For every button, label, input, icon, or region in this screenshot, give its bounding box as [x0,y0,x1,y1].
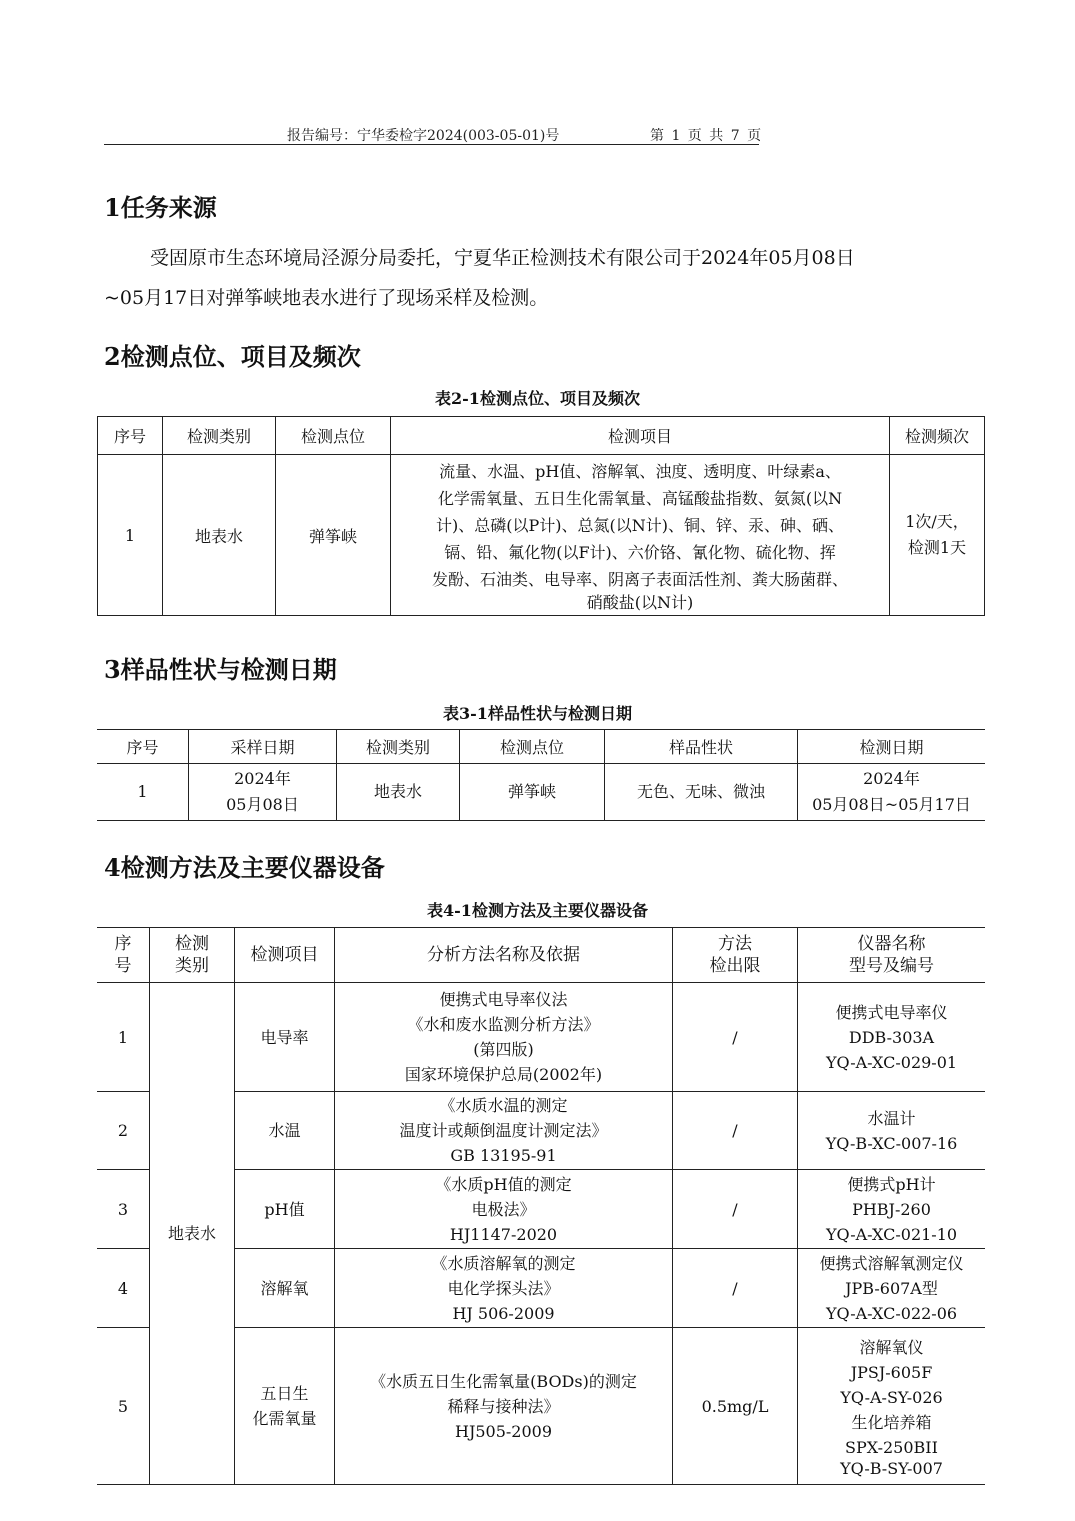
method-line: GB 13195-91 [337,1143,670,1168]
cell-limit: / [673,1249,798,1328]
method-line: 《水质溶解氧的测定 [337,1251,670,1276]
header-no: 序 号 [97,928,150,983]
instrument-line: SPX-250BII [800,1435,983,1460]
cell-no: 1 [97,764,189,821]
cell-point: 弹筝峡 [276,455,391,616]
table-header-row: 序 号 检测 类别 检测项目 分析方法名称及依据 方法 检出限 仪器名称 型号及… [97,928,985,983]
instrument-line: YQ-A-SY-026 [800,1385,983,1410]
page-info: 第 1 页 共 7 页 [650,125,761,145]
table-row: 1 2024年 05月08日 地表水 弹筝峡 无色、无味、微浊 2024年 05… [97,764,985,821]
test-date-line: 05月08日~05月17日 [800,792,983,818]
header-line: 检出限 [675,955,795,977]
items-line: 发酚、石油类、电导率、阴离子表面活性剂、粪大肠菌群、 [395,566,885,593]
method-line: 电极法》 [337,1197,670,1222]
header-instrument: 仪器名称 型号及编号 [798,928,986,983]
cell-instrument: 水温计 YQ-B-XC-007-16 [798,1092,986,1170]
cell-category: 地表水 [163,455,276,616]
instrument-line: 便携式溶解氧测定仪 [800,1251,983,1276]
cell-method: 《水质pH值的测定 电极法》 HJ1147-2020 [335,1170,673,1249]
method-line: 温度计或颠倒温度计测定法》 [337,1118,670,1143]
paragraph-line-2: ~05月17日对弹筝峡地表水进行了现场采样及检测。 [104,278,960,318]
method-line: HJ1147-2020 [337,1222,670,1247]
items-line: 化学需氧量、五日生化需氧量、高锰酸盐指数、氨氮(以N [395,485,885,512]
frequency-line: 检测1天 [892,535,982,561]
table-3-1-caption: 表3-1样品性状与检测日期 [0,701,1075,724]
header-category: 检测类别 [337,730,460,764]
cell-no: 1 [98,455,163,616]
section-3-title: 3样品性状与检测日期 [104,650,337,685]
method-line: 《水质pH值的测定 [337,1172,670,1197]
cell-no: 5 [97,1328,150,1485]
cell-item: pH值 [235,1170,335,1249]
report-number: 报告编号：宁华委检字2024(003-05-01)号 [287,125,559,145]
table-2-1-caption: 表2-1检测点位、项目及频次 [0,386,1075,409]
cell-no: 2 [97,1092,150,1170]
cell-method: 《水质水温的测定 温度计或颠倒温度计测定法》 GB 13195-91 [335,1092,673,1170]
instrument-line: 生化培养箱 [800,1410,983,1435]
cell-appearance: 无色、无味、微浊 [605,764,798,821]
header-line: 仪器名称 [800,933,983,955]
frequency-line: 1次/天， [892,509,982,535]
instrument-line: DDB-303A [800,1025,983,1050]
instrument-line: JPB-607A型 [800,1276,983,1301]
cell-frequency: 1次/天， 检测1天 [890,455,985,616]
cell-no: 1 [97,983,150,1092]
cell-no: 3 [97,1170,150,1249]
method-line: 稀释与接种法》 [337,1394,670,1419]
instrument-line: PHBJ-260 [800,1197,983,1222]
header-line: 类别 [152,955,232,977]
table-4-1-caption: 表4-1检测方法及主要仪器设备 [0,898,1075,921]
cell-item: 五日生 化需氧量 [235,1328,335,1485]
cell-instrument: 便携式溶解氧测定仪 JPB-607A型 YQ-A-XC-022-06 [798,1249,986,1328]
cell-item: 电导率 [235,983,335,1092]
header-category: 检测类别 [163,417,276,455]
header-appearance: 样品性状 [605,730,798,764]
section-1-title: 1任务来源 [104,188,217,223]
header-line: 号 [99,955,147,977]
cell-items: 流量、水温、pH值、溶解氧、浊度、透明度、叶绿素a、 化学需氧量、五日生化需氧量… [391,455,890,616]
header-category: 检测 类别 [150,928,235,983]
header-point: 检测点位 [460,730,605,764]
header-frequency: 检测频次 [890,417,985,455]
items-line: 计)、总磷(以P计)、总氮(以N计)、铜、锌、汞、砷、硒、 [395,512,885,539]
instrument-line: 便携式pH计 [800,1172,983,1197]
cell-sample-date: 2024年 05月08日 [189,764,337,821]
instrument-line: YQ-A-XC-021-10 [800,1222,983,1247]
method-line: 电化学探头法》 [337,1276,670,1301]
header-item: 检测项目 [235,928,335,983]
items-line: 硝酸盐(以N计) [395,593,885,613]
header-point: 检测点位 [276,417,391,455]
cell-method: 《水质溶解氧的测定 电化学探头法》 HJ 506-2009 [335,1249,673,1328]
cell-category: 地表水 [337,764,460,821]
header-no: 序号 [98,417,163,455]
instrument-line: 水温计 [800,1106,983,1131]
instrument-line: YQ-B-SY-007 [800,1460,983,1478]
header-line: 方法 [675,933,795,955]
method-line: 便携式电导率仪法 [337,987,670,1012]
cell-test-date: 2024年 05月08日~05月17日 [798,764,986,821]
test-date-line: 2024年 [800,766,983,792]
method-line: 《水和废水监测分析方法》 [337,1012,670,1037]
header-sample-date: 采样日期 [189,730,337,764]
cell-item: 水温 [235,1092,335,1170]
cell-limit: / [673,1170,798,1249]
cell-limit: / [673,983,798,1092]
header-test-date: 检测日期 [798,730,986,764]
table-row: 1 地表水 电导率 便携式电导率仪法 《水和废水监测分析方法》 (第四版) 国家… [97,983,985,1092]
item-line: 五日生 [237,1381,332,1406]
header-method: 分析方法名称及依据 [335,928,673,983]
sample-date-line: 2024年 [191,766,334,792]
header-no: 序号 [97,730,189,764]
header-line: 序 [99,933,147,955]
instrument-line: YQ-A-XC-029-01 [800,1050,983,1075]
table-header-row: 序号 检测类别 检测点位 检测项目 检测频次 [98,417,985,455]
cell-limit: / [673,1092,798,1170]
sample-date-line: 05月08日 [191,792,334,818]
instrument-line: JPSJ-605F [800,1360,983,1385]
method-line: HJ 506-2009 [337,1301,670,1326]
instrument-line: 溶解氧仪 [800,1335,983,1360]
cell-point: 弹筝峡 [460,764,605,821]
cell-no: 4 [97,1249,150,1328]
table-header-row: 序号 采样日期 检测类别 检测点位 样品性状 检测日期 [97,730,985,764]
header-limit: 方法 检出限 [673,928,798,983]
table-row: 1 地表水 弹筝峡 流量、水温、pH值、溶解氧、浊度、透明度、叶绿素a、 化学需… [98,455,985,616]
section-1-paragraph: 受固原市生态环境局泾源分局委托，宁夏华正检测技术有限公司于2024年05月08日… [104,238,960,318]
method-line: 《水质五日生化需氧量(BODs)的测定 [337,1369,670,1394]
cell-instrument: 便携式pH计 PHBJ-260 YQ-A-XC-021-10 [798,1170,986,1249]
cell-method: 《水质五日生化需氧量(BODs)的测定 稀释与接种法》 HJ505-2009 [335,1328,673,1485]
instrument-line: 便携式电导率仪 [800,1000,983,1025]
table-3-1: 序号 采样日期 检测类别 检测点位 样品性状 检测日期 1 2024年 05月0… [97,729,985,821]
items-line: 流量、水温、pH值、溶解氧、浊度、透明度、叶绿素a、 [395,458,885,485]
cell-instrument: 便携式电导率仪 DDB-303A YQ-A-XC-029-01 [798,983,986,1092]
instrument-line: YQ-B-XC-007-16 [800,1131,983,1156]
cell-category: 地表水 [150,983,235,1485]
table-2-1: 序号 检测类别 检测点位 检测项目 检测频次 1 地表水 弹筝峡 流量、水温、p… [97,416,985,616]
cell-instrument: 溶解氧仪 JPSJ-605F YQ-A-SY-026 生化培养箱 SPX-250… [798,1328,986,1485]
items-line: 镉、铅、氟化物(以F计)、六价铬、氰化物、硫化物、挥 [395,539,885,566]
table-4-1: 序 号 检测 类别 检测项目 分析方法名称及依据 方法 检出限 仪器名称 型号及… [97,927,985,1485]
method-line: 《水质水温的测定 [337,1093,670,1118]
cell-limit: 0.5mg/L [673,1328,798,1485]
cell-method: 便携式电导率仪法 《水和废水监测分析方法》 (第四版) 国家环境保护总局(200… [335,983,673,1092]
item-line: 化需氧量 [237,1406,332,1431]
method-line: HJ505-2009 [337,1419,670,1444]
section-2-title: 2检测点位、项目及频次 [104,337,361,372]
method-line: 国家环境保护总局(2002年) [337,1062,670,1087]
header-line: 检测 [152,933,232,955]
method-line: (第四版) [337,1037,670,1062]
cell-item: 溶解氧 [235,1249,335,1328]
section-4-title: 4检测方法及主要仪器设备 [104,848,385,883]
header-items: 检测项目 [391,417,890,455]
page-header: 报告编号：宁华委检字2024(003-05-01)号 第 1 页 共 7 页 [104,122,759,145]
instrument-line: YQ-A-XC-022-06 [800,1301,983,1326]
paragraph-line-1: 受固原市生态环境局泾源分局委托，宁夏华正检测技术有限公司于2024年05月08日 [104,238,960,278]
header-line: 型号及编号 [800,955,983,977]
